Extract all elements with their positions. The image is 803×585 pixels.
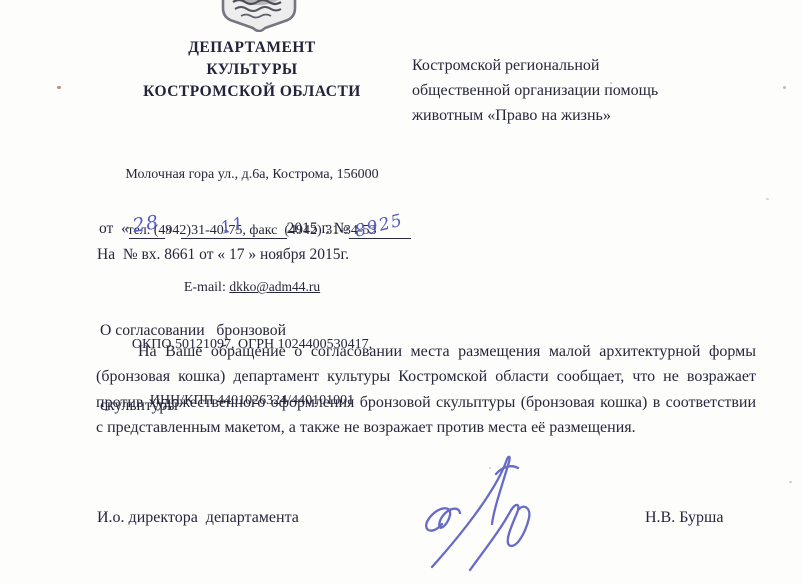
scan-speck xyxy=(766,198,769,200)
postal-address: Молочная гора ул., д.6а, Кострома, 15600… xyxy=(62,166,442,185)
signer-title: И.о. директора департамента xyxy=(97,509,299,527)
org-name-line: КУЛЬТУРЫ xyxy=(62,59,442,81)
scan-speck xyxy=(783,86,786,89)
recipient-block: Костромской региональной общественной ор… xyxy=(412,53,752,128)
letter-body-paragraph: На Ваше обращение о согласовании места р… xyxy=(96,339,756,440)
day-blank: 28 xyxy=(129,220,165,239)
org-name-line: КОСТРОМСКОЙ ОБЛАСТИ xyxy=(62,81,442,103)
handwritten-signature-icon xyxy=(412,452,557,577)
close-quote: » xyxy=(165,220,173,237)
kostroma-coat-of-arms-icon xyxy=(221,0,297,32)
recipient-line: животным «Право на жизнь» xyxy=(412,103,752,128)
outgoing-reference-line: от «28»112015 г. №8925 xyxy=(99,220,411,239)
incoming-reference-line: На № вх. 8661 от « 17 » ноября 2015г. xyxy=(97,246,349,264)
handwritten-day: 28 xyxy=(132,215,161,233)
scan-speck xyxy=(489,467,491,469)
handwritten-month: 11 xyxy=(219,216,246,236)
scan-speck xyxy=(610,82,612,84)
recipient-line: общественной организации помощь xyxy=(412,78,752,103)
year-number-label: 2015 г. № xyxy=(287,220,349,237)
month-blank: 11 xyxy=(181,220,287,239)
signer-name: Н.В. Бурша xyxy=(645,509,723,527)
scan-speck xyxy=(789,481,792,483)
scan-speck xyxy=(57,86,61,89)
org-name-line: ДЕПАРТАМЕНТ xyxy=(62,37,442,59)
recipient-line: Костромской региональной xyxy=(412,53,752,78)
from-label: от « xyxy=(99,220,129,237)
scanned-letter-page: ДЕПАРТАМЕНТ КУЛЬТУРЫ КОСТРОМСКОЙ ОБЛАСТИ… xyxy=(0,0,803,585)
number-blank: 8925 xyxy=(349,220,411,239)
